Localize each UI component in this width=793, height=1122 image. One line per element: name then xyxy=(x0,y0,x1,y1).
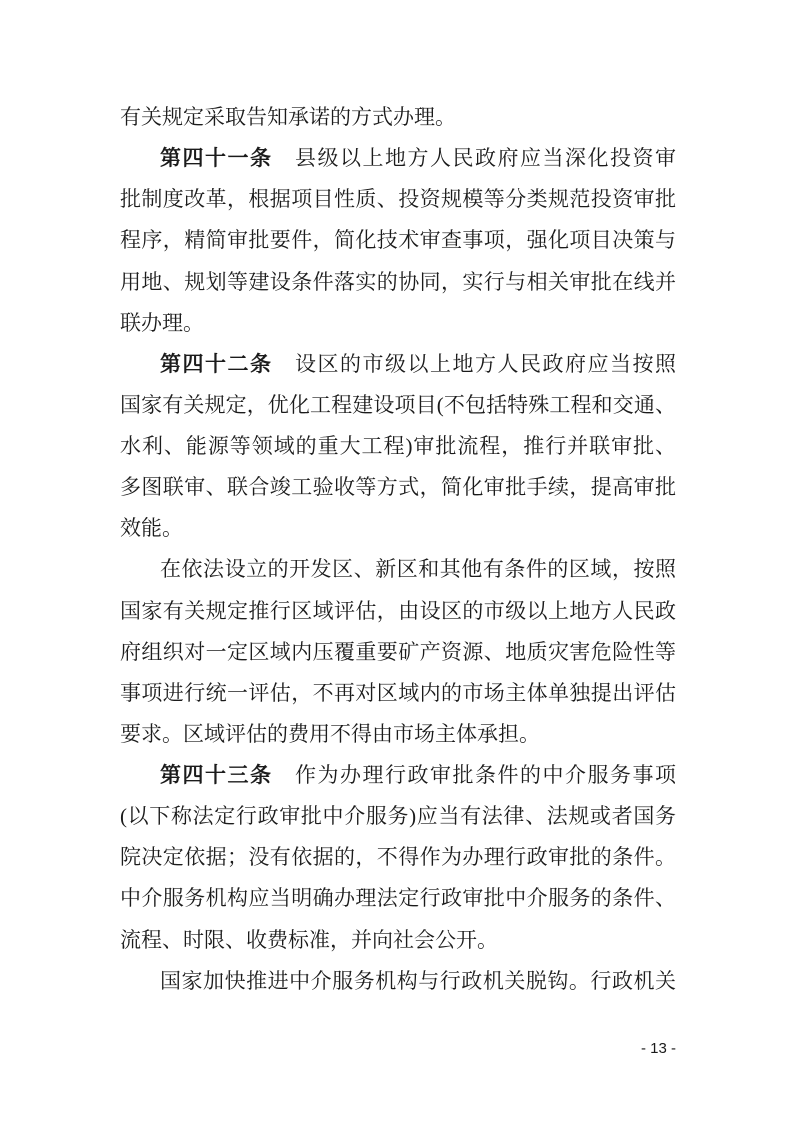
article-number-heading: 第四十一条 xyxy=(160,146,273,170)
text-line: 在依法设立的开发区、新区和其他有条件的区域，按照 xyxy=(120,549,676,590)
article-heading-line: 第四十三条作为办理行政审批条件的中介服务事项 xyxy=(120,755,676,796)
text-line: 多图联审、联合竣工验收等方式，简化审批手续，提高审批 xyxy=(120,467,676,508)
article-heading-line: 第四十二条设区的市级以上地方人民政府应当按照 xyxy=(120,344,676,385)
line-text: 县级以上地方人民政府应当深化投资审 xyxy=(294,146,677,170)
text-line: 效能。 xyxy=(120,508,676,549)
article-heading-line: 第四十一条县级以上地方人民政府应当深化投资审 xyxy=(120,138,676,179)
text-line: 国家加快推进中介服务机构与行政机关脱钩。行政机关 xyxy=(120,961,676,1002)
text-line: 国家有关规定，优化工程建设项目(不包括特殊工程和交通、 xyxy=(120,385,676,426)
text-line: (以下称法定行政审批中介服务)应当有法律、法规或者国务 xyxy=(120,796,676,837)
text-line: 事项进行统一评估，不再对区域内的市场主体单独提出评估 xyxy=(120,673,676,714)
document-page: 有关规定采取告知承诺的方式办理。第四十一条县级以上地方人民政府应当深化投资审批制… xyxy=(0,0,793,1122)
document-body: 有关规定采取告知承诺的方式办理。第四十一条县级以上地方人民政府应当深化投资审批制… xyxy=(120,97,676,1002)
heading-gap xyxy=(273,164,294,165)
text-line: 程序，精简审批要件，简化技术审查事项，强化项目决策与 xyxy=(120,220,676,261)
text-line: 批制度改革，根据项目性质、投资规模等分类规范投资审批 xyxy=(120,179,676,220)
line-text: 设区的市级以上地方人民政府应当按照 xyxy=(294,352,677,376)
article-number-heading: 第四十二条 xyxy=(160,352,273,376)
text-line: 院决定依据；没有依据的，不得作为办理行政审批的条件。 xyxy=(120,837,676,878)
heading-gap xyxy=(273,370,294,371)
heading-gap xyxy=(273,781,294,782)
text-line: 府组织对一定区域内压覆重要矿产资源、地质灾害危险性等 xyxy=(120,632,676,673)
page-number: - 13 - xyxy=(120,1040,676,1058)
text-line: 联办理。 xyxy=(120,303,676,344)
text-line: 中介服务机构应当明确办理法定行政审批中介服务的条件、 xyxy=(120,878,676,919)
text-line: 流程、时限、收费标准，并向社会公开。 xyxy=(120,920,676,961)
text-line: 国家有关规定推行区域评估，由设区的市级以上地方人民政 xyxy=(120,591,676,632)
text-line: 要求。区域评估的费用不得由市场主体承担。 xyxy=(120,714,676,755)
article-number-heading: 第四十三条 xyxy=(160,763,273,787)
text-line: 用地、规划等建设条件落实的协同，实行与相关审批在线并 xyxy=(120,262,676,303)
line-text: 作为办理行政审批条件的中介服务事项 xyxy=(294,763,677,787)
text-line: 水利、能源等领域的重大工程)审批流程，推行并联审批、 xyxy=(120,426,676,467)
text-line: 有关规定采取告知承诺的方式办理。 xyxy=(120,97,676,138)
